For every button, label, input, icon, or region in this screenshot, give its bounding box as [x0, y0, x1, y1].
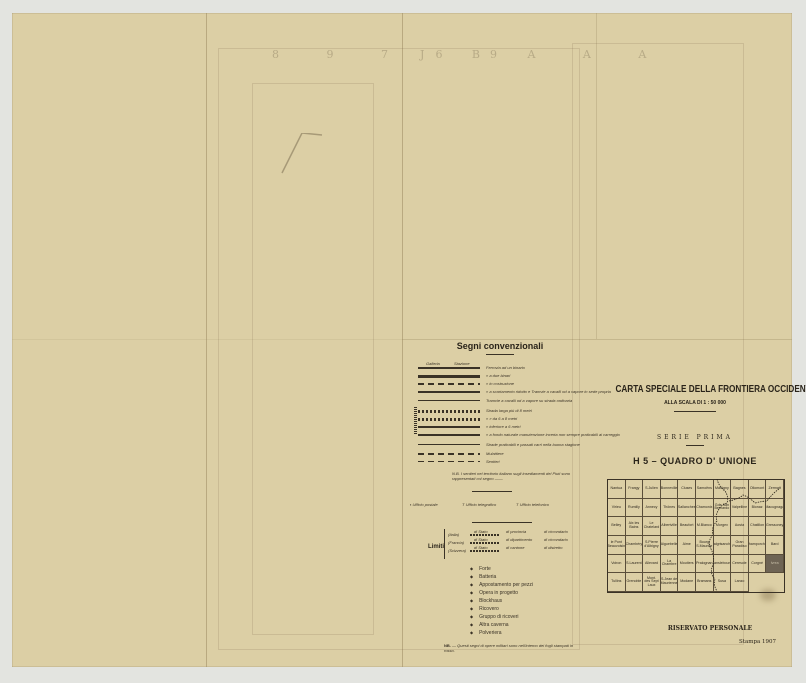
- works-item: Blockhaus: [470, 598, 502, 604]
- line-symbol: [418, 375, 480, 378]
- works-item: Gruppo di ricoveri: [470, 614, 519, 620]
- limit-cell: di provincia: [506, 529, 526, 534]
- index-grid-cell: S.Julien: [643, 480, 661, 499]
- index-grid-cell: Cluses: [678, 480, 696, 499]
- index-grid-cell: La Chambre: [661, 555, 679, 574]
- line-symbol: [418, 410, 480, 413]
- works-item: Appostamento per pezzi: [470, 582, 533, 588]
- sheet-title: H 5 – QUADRO D' UNIONE: [598, 456, 792, 466]
- index-grid-cell: Sallanches: [678, 499, 696, 518]
- index-grid-cell: Annecy: [643, 499, 661, 518]
- print-date: Stampa 1907: [739, 639, 776, 645]
- index-grid-cell: Gde San Bernardo: [714, 499, 732, 518]
- index-grid-cell: Gran Paradiso: [731, 536, 749, 555]
- legend-row: » a scartamento ridotto e Tramvie a cava…: [414, 388, 592, 396]
- limit-cell: di circondario: [544, 537, 568, 542]
- territory-note: N.B. I sentieri nel territorio italiano …: [452, 471, 582, 481]
- index-grid-cell: Valgrisanche: [714, 536, 732, 555]
- divider: [686, 445, 704, 446]
- index-grid-cell: Lanslebourg: [714, 555, 732, 574]
- legend-row: » » da 6 a 8 metri: [414, 415, 592, 423]
- limit-country: (Francia): [448, 540, 464, 545]
- divider: [472, 522, 532, 523]
- index-grid-cell: Virieu: [608, 499, 626, 518]
- line-symbol: [418, 434, 480, 436]
- works-item: Ricovero: [470, 606, 499, 612]
- index-grid-cell: [766, 573, 784, 592]
- divider: [472, 491, 512, 492]
- limit-cell: di distretto: [544, 545, 562, 550]
- index-grid-cell: Bramans: [696, 573, 714, 592]
- index-grid-cell: Chambéry: [626, 536, 644, 555]
- index-grid-cell: Beaufort: [678, 517, 696, 536]
- index-grid-cell: Gressoney: [766, 517, 784, 536]
- index-grid-cell: Morgex: [714, 517, 732, 536]
- index-grid-cell: Frangy: [626, 480, 644, 499]
- index-grid-cell: Chatillon: [749, 517, 767, 536]
- index-grid: NantuaFrangyS.JulienBonnevilleClusesSamo…: [607, 479, 785, 593]
- index-grid-cell: Chamonix: [696, 499, 714, 518]
- index-grid-cell: Le Chatelard: [643, 517, 661, 536]
- index-grid-cell: S.Laurent: [626, 555, 644, 574]
- index-grid-cell: Voiron: [608, 555, 626, 574]
- limit-symbol: [470, 534, 500, 536]
- main-title: CARTA SPECIALE DELLA FRONTIERA OCCIDENTA…: [615, 384, 774, 395]
- office-postal: ▪ Ufficio postale: [410, 502, 438, 507]
- index-grid-cell: Thônes: [661, 499, 679, 518]
- legend-row: » a fondo naturale manutenzione incerta …: [414, 431, 592, 439]
- series-label: SERIE PRIMA: [598, 434, 792, 441]
- legend-row: Sentieri: [414, 458, 592, 466]
- index-grid-cell: Albertville: [661, 517, 679, 536]
- divider: [486, 354, 514, 355]
- limit-symbol: [470, 542, 500, 544]
- index-grid-cell: Moutiers: [678, 555, 696, 574]
- index-grid-cell: M.Bianco: [696, 517, 714, 536]
- index-grid-cell: Champorcher: [749, 536, 767, 555]
- index-grid-cell: Aiguebelle: [661, 536, 679, 555]
- index-grid-cell: Rumilly: [626, 499, 644, 518]
- index-grid-cell: Bonneville: [661, 480, 679, 499]
- legend-row: Ferrovia ad un binario: [414, 364, 592, 372]
- index-grid-cell: Macugnaga: [766, 499, 784, 518]
- index-grid-cell: Bard: [766, 536, 784, 555]
- index-grid-cell: S.Jean de Maurienne: [661, 573, 679, 592]
- index-grid-cell: Grenoble: [626, 573, 644, 592]
- bleedthrough-coastline: [272, 133, 352, 233]
- title-block: CARTA SPECIALE DELLA FRONTIERA OCCIDENTA…: [598, 339, 792, 667]
- legend-row: Strada larga più di 8 metri: [414, 407, 592, 415]
- index-grid-cell: Bionaz: [749, 499, 767, 518]
- line-symbol: [418, 418, 480, 421]
- index-grid-cell: le Pont Beauvoisin: [608, 536, 626, 555]
- limit-country: (Svizzera): [448, 548, 466, 553]
- index-grid-cell: [749, 573, 767, 592]
- index-grid-cell: Susa: [714, 573, 732, 592]
- index-grid-cell: Tullins: [608, 573, 626, 592]
- limit-country: (Italia): [448, 532, 459, 537]
- limit-cell: di cantone: [506, 545, 524, 550]
- legend-row: » a due binari: [414, 372, 592, 380]
- line-symbol: [418, 391, 480, 393]
- works-item: Altra caverna: [470, 622, 509, 628]
- line-symbol: [418, 461, 480, 462]
- office-telephone: T Ufficio telefonico: [516, 502, 549, 507]
- line-symbol: [418, 367, 480, 369]
- index-grid-cell: Ollomont: [749, 480, 767, 499]
- line-symbol: [418, 426, 480, 428]
- index-grid-cell: Belley: [608, 517, 626, 536]
- limiti-label: Limiti: [428, 544, 444, 550]
- index-grid-cell: Mont. des Sept Laux: [643, 573, 661, 592]
- index-grid-cell: Aime: [678, 536, 696, 555]
- limit-cell: di circondario: [544, 529, 568, 534]
- index-grid-cell: Lanzo: [731, 573, 749, 592]
- index-grid-cell: Corgné: [749, 555, 767, 574]
- fold-line: [206, 13, 207, 667]
- works-item: Opera in progetto: [470, 590, 518, 596]
- index-grid-cell: S.Pierre d'Albigny: [643, 536, 661, 555]
- office-telegraph: T Ufficio telegrafico: [462, 502, 496, 507]
- limit-cell: di dipartimento: [506, 537, 532, 542]
- reserved-label: RISERVATO PERSONALE: [598, 625, 792, 632]
- legend-row: Tramvie a cavalli od a vapore su strada …: [414, 397, 592, 405]
- index-grid-cell: Pralognan: [696, 555, 714, 574]
- index-grid-cell: Valpelline: [731, 499, 749, 518]
- scale-label: ALLA SCALA DI 1 : 50 000: [598, 400, 792, 406]
- index-grid-cell: Bagnes: [731, 480, 749, 499]
- legend-row: » in costruzione: [414, 380, 592, 388]
- divider: [674, 411, 716, 412]
- index-grid-cell: Zermatt: [766, 480, 784, 499]
- index-grid-cell: Ivrea: [766, 555, 784, 574]
- map-sheet: 8 9 7 6 9 J B A A A Segni convenzionali …: [12, 13, 792, 667]
- legend-title: Segni convenzionali: [404, 341, 596, 351]
- index-grid-cell: Samoëns: [696, 480, 714, 499]
- index-grid-cell: Allevard: [643, 555, 661, 574]
- legend-panel: Segni convenzionali Galleria Stazione Fe…: [404, 339, 596, 667]
- footer-note: NB. — Questi segni di opere militari son…: [444, 643, 584, 653]
- index-grid-cell: Aosta: [731, 517, 749, 536]
- legend-row: Mulattiere: [414, 450, 592, 458]
- line-symbol: [418, 400, 480, 401]
- line-symbol: [418, 383, 480, 385]
- line-symbol: [418, 453, 480, 455]
- works-item: Polveriera: [470, 630, 502, 636]
- limit-symbol: [470, 550, 500, 552]
- line-symbol: [418, 444, 480, 445]
- index-grid-cell: Bourg S.Maurice: [696, 536, 714, 555]
- index-grid-cell: Ceresole: [731, 555, 749, 574]
- legend-row: Strade praticabili e passati carri nella…: [414, 441, 592, 449]
- index-grid-cell: Aix les Bains: [626, 517, 644, 536]
- index-grid-cell: Modane: [678, 573, 696, 592]
- works-item: Batteria: [470, 574, 496, 580]
- bracket: [444, 529, 445, 559]
- index-grid-cell: Nantua: [608, 480, 626, 499]
- legend-row: » inferiore a 6 metri: [414, 423, 592, 431]
- index-grid-cell: Martigny: [714, 480, 732, 499]
- ghost-letters: J B A A A: [420, 48, 668, 61]
- works-item: Forte: [470, 566, 491, 572]
